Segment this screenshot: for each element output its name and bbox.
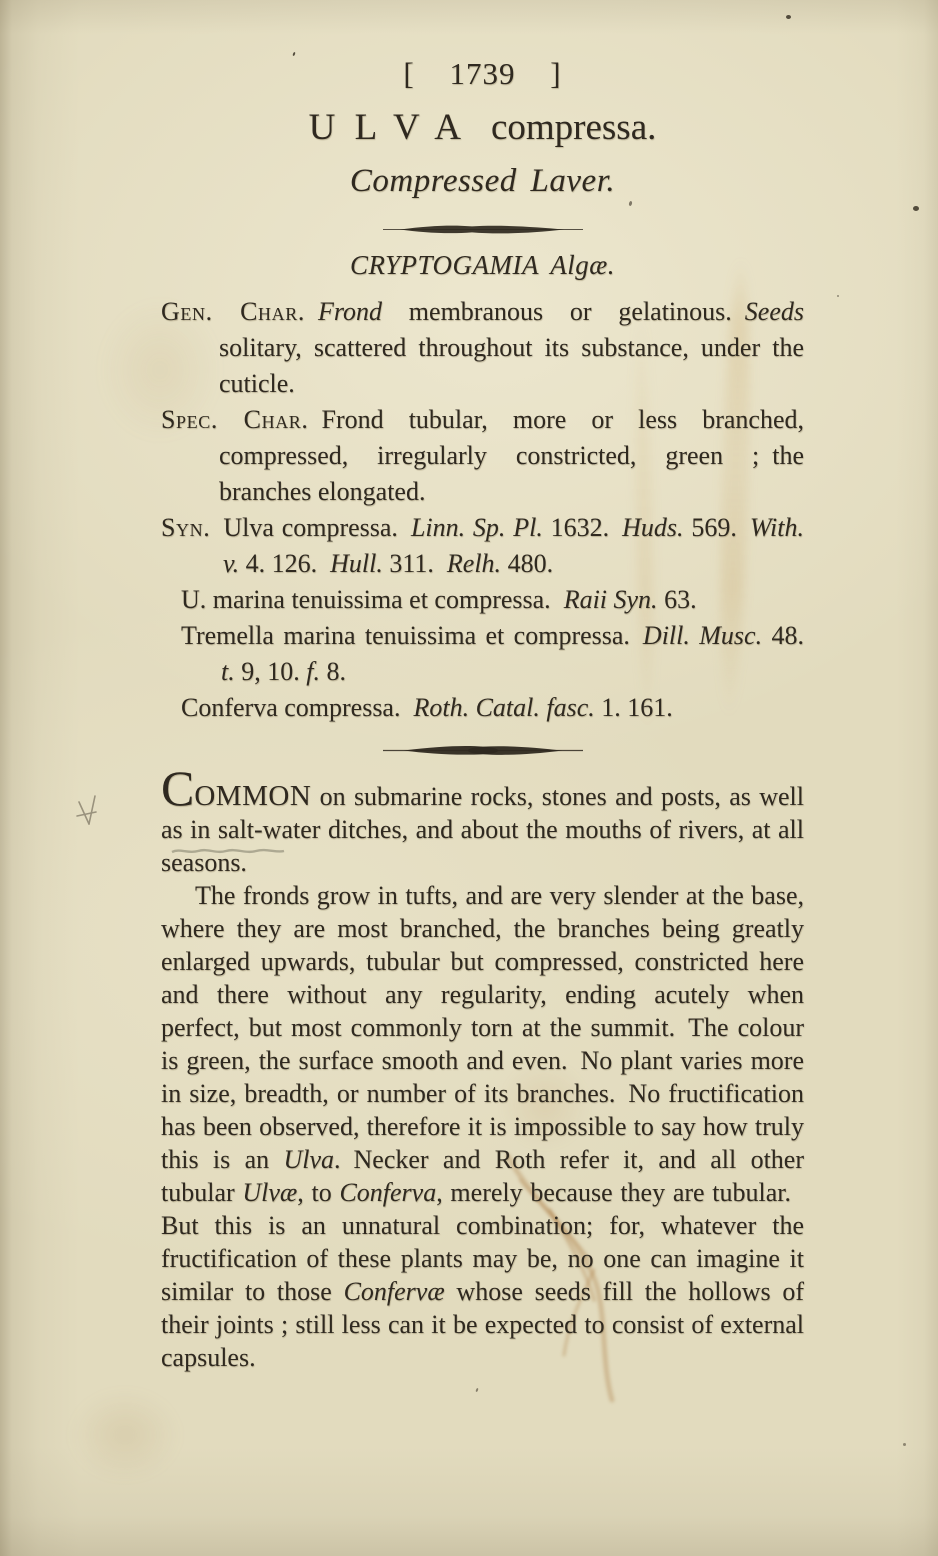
body-paragraphs: Common on submarine rocks, stones and po… [161, 772, 804, 1374]
gen-char-entry: Gen. Char. Frond membranous or gelatinou… [161, 294, 804, 402]
synonym-entry: Conferva compressa. Roth. Catal. fasc. 1… [181, 690, 804, 726]
plate-number-line: [ 1739 ] [161, 54, 804, 94]
text-column: [ 1739 ] ULVAcompressa. Compressed Laver… [161, 54, 804, 1374]
ink-speck [475, 1388, 478, 1392]
classification-heading: CRYPTOGAMIA Algæ. [161, 248, 804, 282]
synonym-entry: U. marina tenuissima et compressa. Raii … [181, 582, 804, 618]
species-title: ULVAcompressa. [161, 105, 804, 151]
synonym-entry: Tremella marina tenuissima et compressa.… [181, 618, 804, 690]
habitat-paragraph: Common on submarine rocks, stones and po… [161, 772, 804, 879]
ink-speck [903, 1443, 906, 1446]
swelled-rule-divider [380, 222, 586, 236]
common-name-title: Compressed Laver. [161, 160, 804, 202]
species-epithet: compressa. [491, 107, 656, 148]
description-paragraph: The fronds grow in tufts, and are very s… [161, 879, 804, 1374]
scanned-book-page: [ 1739 ] ULVAcompressa. Compressed Laver… [0, 0, 938, 1556]
synonym-entry: Syn. Ulva compressa. Linn. Sp. Pl. 1632.… [161, 510, 804, 582]
paper-stain-blotch [70, 1390, 180, 1480]
genus-name: ULVA [309, 107, 481, 148]
spec-char-entry: Spec. Char. Frond tubular, more or less … [161, 402, 804, 510]
pencil-margin-mark [74, 792, 102, 830]
character-entries: Gen. Char. Frond membranous or gelatinou… [161, 294, 804, 726]
ink-speck [786, 15, 791, 19]
ink-speck [913, 206, 919, 211]
ink-speck [837, 295, 839, 297]
swelled-rule-divider [380, 742, 586, 758]
